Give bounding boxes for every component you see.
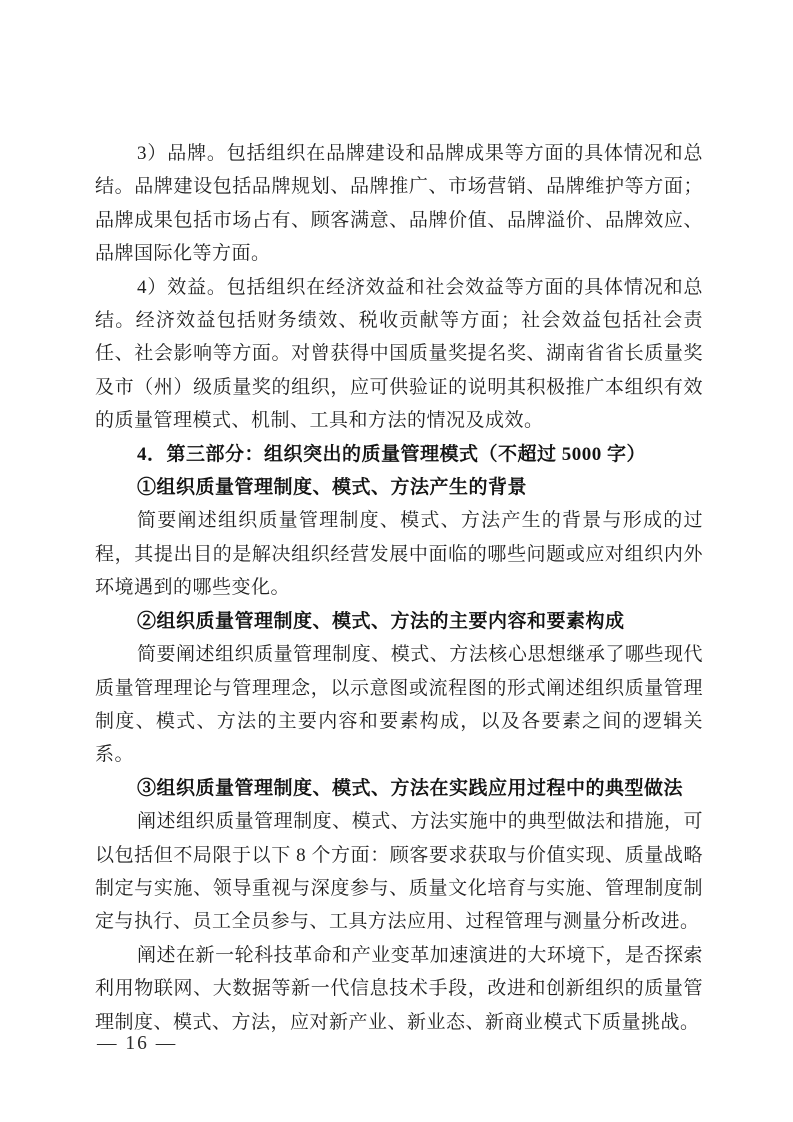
section-heading: ②组织质量管理制度、模式、方法的主要内容和要素构成 xyxy=(95,605,703,638)
section-heading: ①组织质量管理制度、模式、方法产生的背景 xyxy=(95,471,703,504)
section-heading: 4．第三部分：组织突出的质量管理模式（不超过 5000 字） xyxy=(95,438,703,471)
section-heading: ③组织质量管理制度、模式、方法在实践应用过程中的典型做法 xyxy=(95,772,703,805)
body-paragraph: 简要阐述组织质量管理制度、模式、方法核心思想继承了哪些现代质量管理理论与管理理念… xyxy=(95,638,703,772)
body-paragraph: 3）品牌。包括组织在品牌建设和品牌成果等方面的具体情况和总结。品牌建设包括品牌规… xyxy=(95,137,703,271)
body-paragraph: 简要阐述组织质量管理制度、模式、方法产生的背景与形成的过程，其提出目的是解决组织… xyxy=(95,504,703,604)
body-paragraph: 阐述组织质量管理制度、模式、方法实施中的典型做法和措施，可以包括但不局限于以下 … xyxy=(95,805,703,939)
page-number: — 16 — xyxy=(97,1033,177,1055)
document-page: 3）品牌。包括组织在品牌建设和品牌成果等方面的具体情况和总结。品牌建设包括品牌规… xyxy=(0,0,793,1122)
body-paragraph: 4）效益。包括组织在经济效益和社会效益等方面的具体情况和总结。经济效益包括财务绩… xyxy=(95,271,703,438)
body-paragraph: 阐述在新一轮科技革命和产业变革加速演进的大环境下，是否探索利用物联网、大数据等新… xyxy=(95,939,703,1039)
document-text-block: 3）品牌。包括组织在品牌建设和品牌成果等方面的具体情况和总结。品牌建设包括品牌规… xyxy=(95,137,703,1039)
